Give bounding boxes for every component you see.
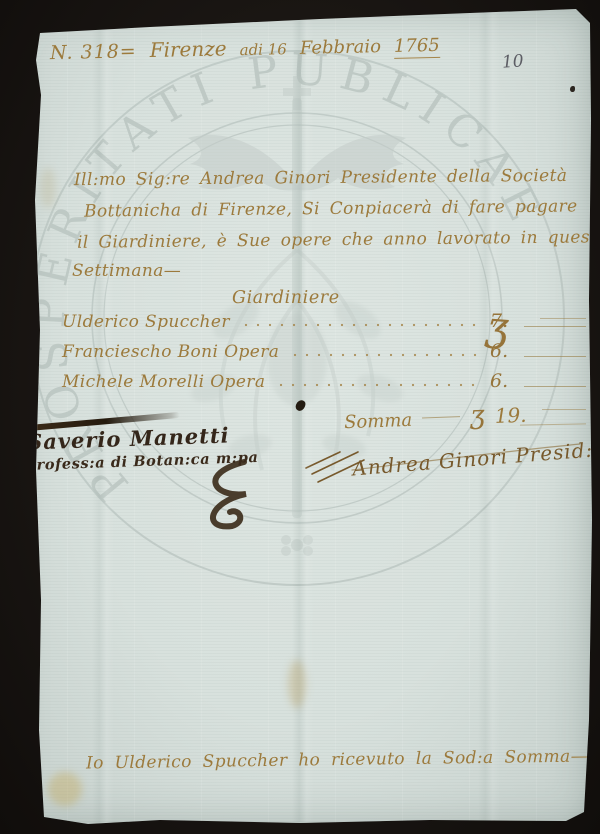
total-label: Somma	[344, 410, 413, 433]
place-name: Firenze	[149, 36, 226, 62]
ruled-line	[422, 416, 460, 418]
day-label: adi 16	[239, 40, 287, 59]
dotted-leader	[289, 353, 482, 357]
ruled-line	[542, 409, 586, 410]
ruled-line	[524, 326, 586, 327]
worker-name: Michele Morelli Opera	[62, 372, 265, 392]
ink-speck	[570, 86, 575, 92]
pencil-folio-number: 10	[501, 51, 524, 72]
table-row: Michele Morelli Opera 6.	[62, 370, 586, 392]
paper-stain	[48, 772, 82, 806]
table-heading: Giardiniere	[232, 288, 340, 308]
lira-currency-symbol: ʒ	[484, 303, 510, 350]
total-line: Somma ʒ 19.	[344, 399, 527, 435]
lira-currency-symbol: ʒ	[470, 400, 486, 430]
dotted-leader	[275, 383, 482, 387]
manuscript-paper: PROSPERITATI PUBLICAE	[0, 0, 600, 834]
worker-name: Ulderico Spuccher	[62, 312, 230, 332]
ruled-line	[524, 386, 586, 387]
ruled-line	[524, 356, 586, 357]
ruled-line	[540, 318, 586, 319]
paper-stain	[288, 660, 306, 708]
amount-value: 6.	[490, 370, 524, 392]
paper-stain	[40, 168, 56, 208]
year-label: 1765	[394, 35, 440, 59]
document-photo: PROSPERITATI PUBLICAE	[0, 0, 600, 834]
month-label: Febbraio	[300, 36, 382, 59]
document-number: N. 318=	[50, 40, 137, 64]
dotted-leader	[240, 323, 482, 327]
body-line-4: Settimana—	[72, 261, 181, 281]
worker-name: Franciescho Boni Opera	[62, 342, 279, 362]
